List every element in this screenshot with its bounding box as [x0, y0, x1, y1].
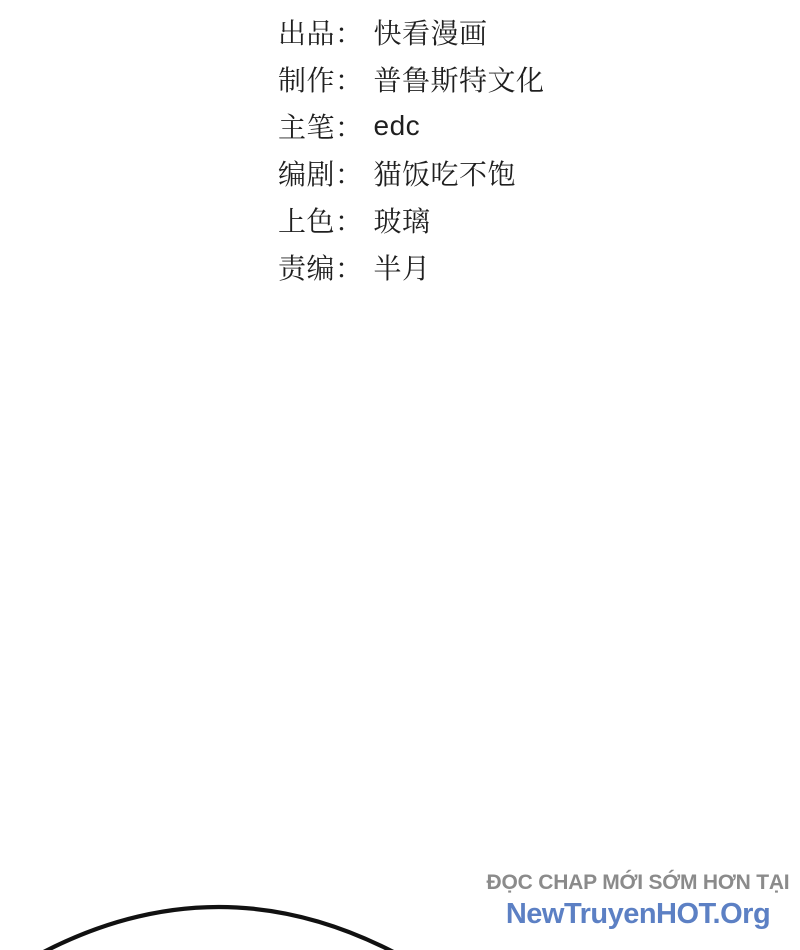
credit-value: 快看漫画: [374, 12, 488, 52]
credit-line-colorist: 上色： 玻璃: [278, 196, 545, 243]
credit-value: 猫饭吃不饱: [374, 153, 517, 193]
credit-value: 半月: [374, 247, 431, 287]
credit-label: 上色：: [278, 200, 364, 240]
credit-line-publisher: 出品： 快看漫画: [278, 8, 545, 55]
credit-label: 制作：: [278, 59, 364, 99]
credit-value: 普鲁斯特文化: [374, 59, 545, 99]
credit-line-production: 制作： 普鲁斯特文化: [278, 55, 545, 102]
credit-label: 责编：: [278, 247, 364, 287]
credit-line-screenwriter: 编剧： 猫饭吃不饱: [278, 149, 545, 196]
watermark: ĐỌC CHAP MỚI SỚM HƠN TẠI NewTruyenHOT.Or…: [478, 871, 798, 931]
comic-panel-arc-artwork: [0, 850, 420, 950]
credits-block: 出品： 快看漫画 制作： 普鲁斯特文化 主笔： edc 编剧： 猫饭吃不饱 上色…: [278, 8, 545, 290]
credit-label: 主笔：: [278, 106, 364, 146]
credit-line-lead-artist: 主笔： edc: [278, 102, 545, 149]
watermark-tagline: ĐỌC CHAP MỚI SỚM HƠN TẠI: [478, 871, 798, 895]
credit-label: 出品：: [278, 12, 364, 52]
watermark-site-name: NewTruyenHOT.Org: [478, 897, 798, 931]
credit-label: 编剧：: [278, 153, 364, 193]
credit-value: 玻璃: [374, 200, 431, 240]
credit-line-editor: 责编： 半月: [278, 243, 545, 290]
credit-value: edc: [374, 110, 421, 142]
